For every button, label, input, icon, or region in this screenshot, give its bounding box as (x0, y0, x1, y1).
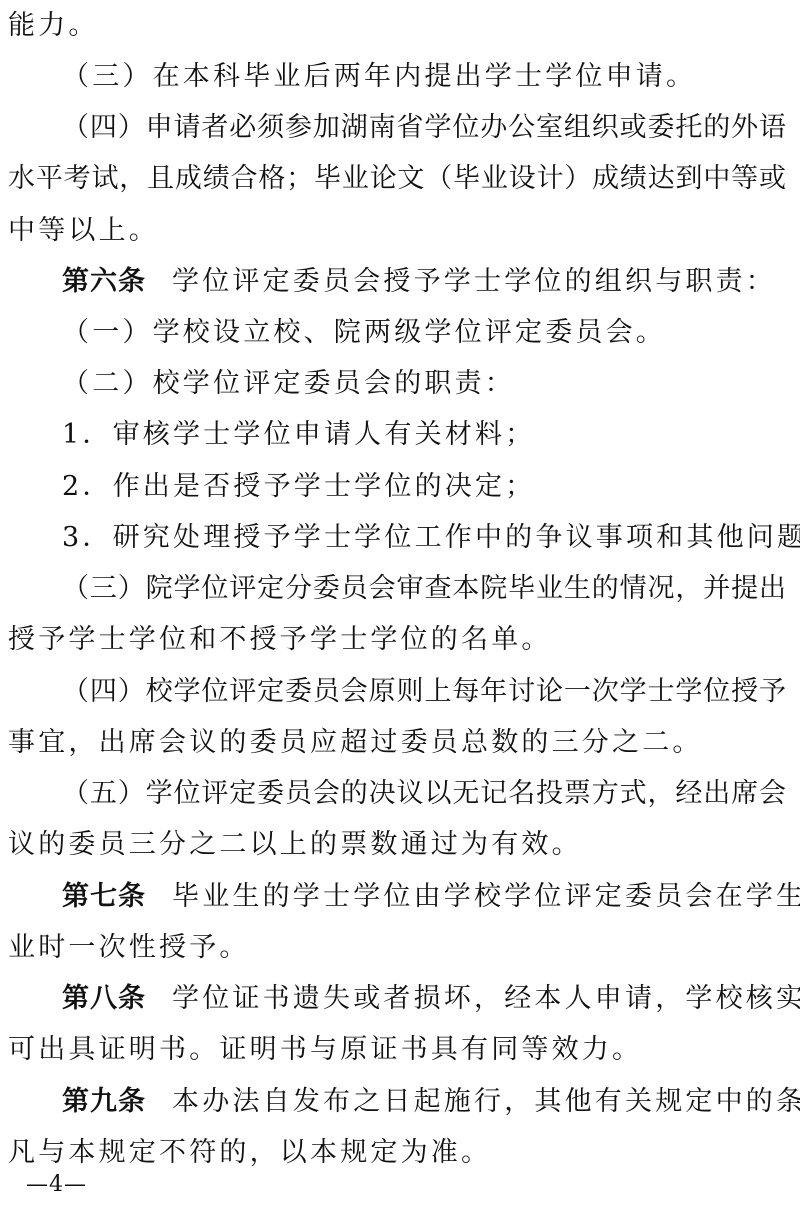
text-line: （四）校学位评定委员会原则上每年讨论一次学士学位授予 (62, 672, 786, 712)
text-line: （三）在本科毕业后两年内提出学士学位申请。 (62, 57, 696, 97)
text-line: 事宜，出席会议的委员应超过委员总数的三分之二。 (8, 723, 703, 763)
article-text: 毕业生的学士学位由学校学位评定委员会在学生毕 (172, 881, 800, 912)
text-line: （二）校学位评定委员会的职责： (62, 364, 515, 404)
text-line: 可出具证明书。证明书与原证书具有同等效力。 (8, 1030, 642, 1070)
article-heading: 第七条 (62, 881, 146, 912)
article-line: 第八条学位证书遗失或者损坏，经本人申请，学校核实后， (62, 979, 800, 1019)
document-page: 能力。 （三）在本科毕业后两年内提出学士学位申请。 （四）申请者必须参加湖南省学… (0, 0, 800, 1222)
article-heading: 第九条 (62, 1086, 146, 1117)
article-text: 学位证书遗失或者损坏，经本人申请，学校核实后， (172, 983, 800, 1014)
text-line: 授予学士学位和不授予学士学位的名单。 (8, 620, 552, 660)
text-line: （一）学校设立校、院两级学位评定委员会。 (62, 313, 666, 353)
article-text: 学位评定委员会授予学士学位的组织与职责： (172, 266, 776, 297)
text-line: （四）申请者必须参加湖南省学位办公室组织或委托的外语 (62, 108, 786, 148)
list-item: 2．作出是否授予学士学位的决定； (62, 467, 535, 507)
text-line: 凡与本规定不符的，以本规定为准。 (8, 1133, 491, 1173)
list-item: 3．研究处理授予学士学位工作中的争议事项和其他问题。 (62, 518, 800, 558)
article-line: 第七条毕业生的学士学位由学校学位评定委员会在学生毕 (62, 877, 800, 917)
text-line: 议的委员三分之二以上的票数通过为有效。 (8, 825, 582, 865)
list-item: 1．审核学士学位申请人有关材料； (62, 415, 535, 455)
text-line: （五）学位评定委员会的决议以无记名投票方式，经出席会 (62, 774, 786, 814)
article-line: 第九条本办法自发布之日起施行，其他有关规定中的条款 (62, 1082, 800, 1122)
text-line: 能力。 (8, 6, 99, 46)
text-line: 中等以上。 (8, 211, 159, 251)
page-number: —4— (26, 1172, 87, 1197)
text-line: 水平考试，且成绩合格；毕业论文（毕业设计）成绩达到中等或 (8, 159, 786, 199)
article-heading: 第六条 (62, 266, 146, 297)
text-line: 业时一次性授予。 (8, 928, 250, 968)
article-heading: 第八条 (62, 983, 146, 1014)
text-line: （三）院学位评定分委员会审查本院毕业生的情况，并提出 (62, 569, 786, 609)
article-text: 本办法自发布之日起施行，其他有关规定中的条款 (172, 1086, 800, 1117)
article-line: 第六条学位评定委员会授予学士学位的组织与职责： (62, 262, 776, 302)
